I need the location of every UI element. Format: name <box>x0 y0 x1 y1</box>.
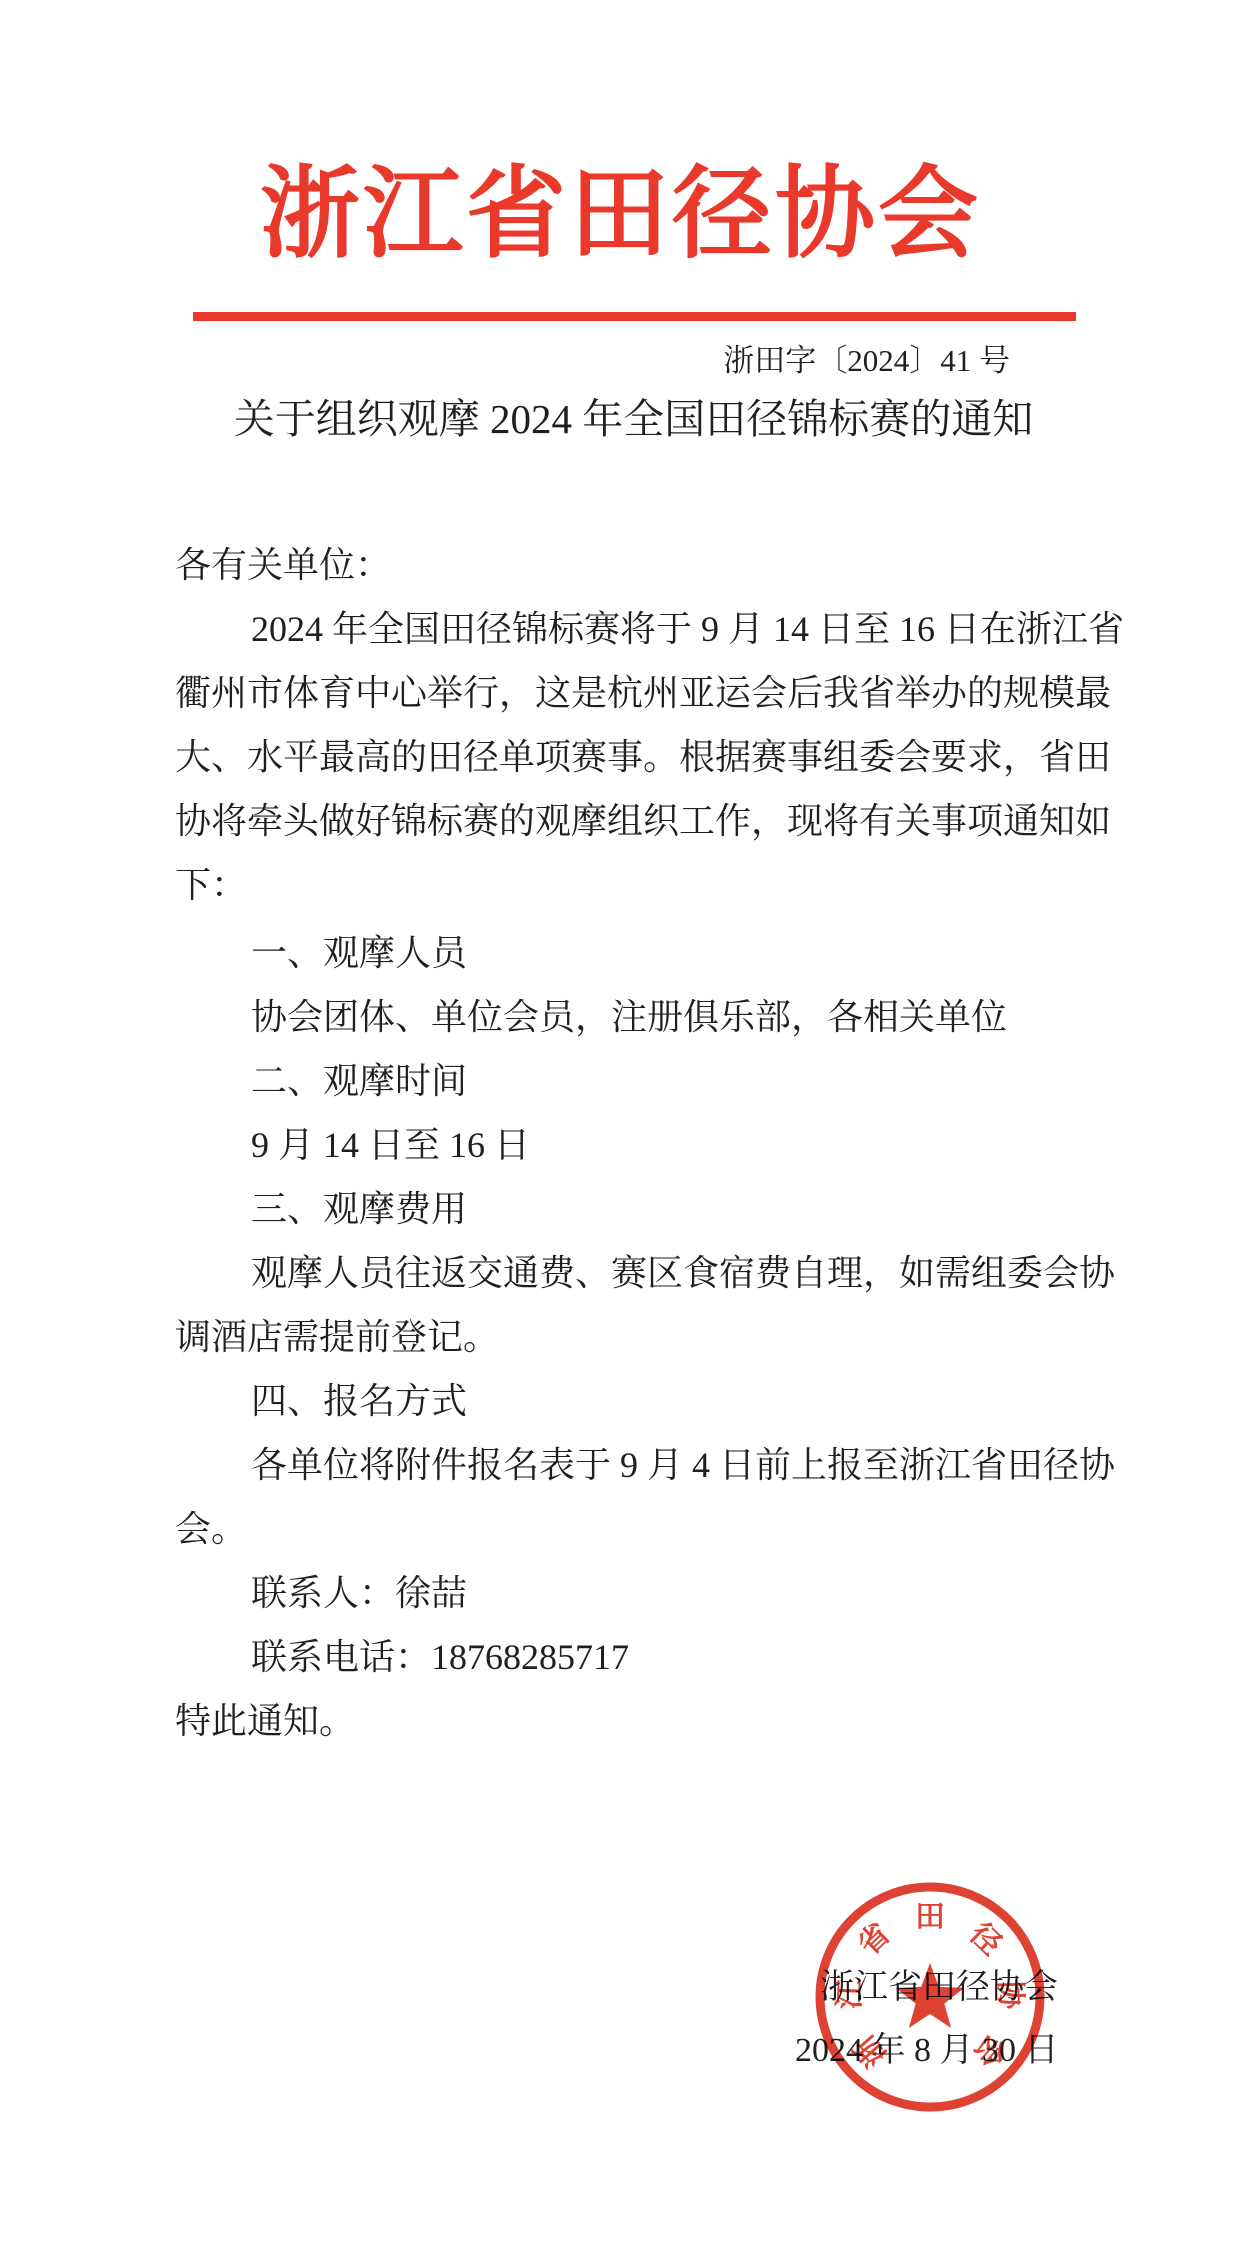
body-line-section-4: 四、报名方式 <box>175 1378 1105 1424</box>
body-line: 下： <box>175 862 1105 908</box>
seal-char: 会 <box>967 2028 1012 2072</box>
notice-title: 关于组织观摩 2024 年全国田径锦标赛的通知 <box>26 394 1241 444</box>
body-line: 2024 年全国田径锦标赛将于 9 月 14 日至 16 日在浙江省 <box>175 606 1105 652</box>
seal-char: 径 <box>963 1917 1008 1962</box>
seal-char: 协 <box>993 1979 1027 2011</box>
body-line: 9 月 14 日至 16 日 <box>175 1122 1105 1168</box>
body-line: 协将牵头做好锦标赛的观摩组织工作，现将有关事项通知如 <box>175 798 1105 844</box>
seal-char: 浙 <box>848 2028 893 2072</box>
body-line: 协会团体、单位会员，注册俱乐部，各相关单位 <box>175 994 1105 1040</box>
body-line: 调酒店需提前登记。 <box>175 1314 1105 1360</box>
body-line-section-1: 一、观摩人员 <box>175 930 1105 976</box>
body-line-salutation: 各有关单位： <box>175 542 1105 588</box>
document-page: 浙江省田径协会 浙田字〔2024〕41 号 关于组织观摩 2024 年全国田径锦… <box>0 0 1241 2245</box>
doc-number: 浙田字〔2024〕41 号 <box>0 341 1010 381</box>
body-line-section-2: 二、观摩时间 <box>175 1058 1105 1104</box>
body-line-contact-person: 联系人：徐喆 <box>175 1570 1105 1616</box>
body-line: 衢州市体育中心举行，这是杭州亚运会后我省举办的规模最 <box>175 670 1105 716</box>
seal-char: 江 <box>833 1979 867 2010</box>
body-line-contact-phone: 联系电话：18768285717 <box>175 1634 1105 1680</box>
body-line: 各单位将附件报名表于 9 月 4 日前上报至浙江省田径协 <box>175 1442 1105 1488</box>
body-line-closing: 特此通知。 <box>175 1698 1105 1744</box>
body-line: 观摩人员往返交通费、赛区食宿费自理，如需组委会协 <box>175 1250 1105 1296</box>
letterhead-divider-line <box>193 312 1076 321</box>
body-line: 会。 <box>175 1506 1105 1552</box>
official-seal: 浙 江 省 田 径 协 会 <box>810 1877 1050 2117</box>
body-line: 大、水平最高的田径单项赛事。根据赛事组委会要求，省田 <box>175 734 1105 780</box>
seal-char: 省 <box>852 1917 897 1962</box>
body-line-section-3: 三、观摩费用 <box>175 1186 1105 1232</box>
seal-star-icon <box>896 1963 964 2028</box>
seal-char: 田 <box>915 1901 945 1934</box>
letterhead-org-title: 浙江省田径协会 <box>0 158 1241 270</box>
